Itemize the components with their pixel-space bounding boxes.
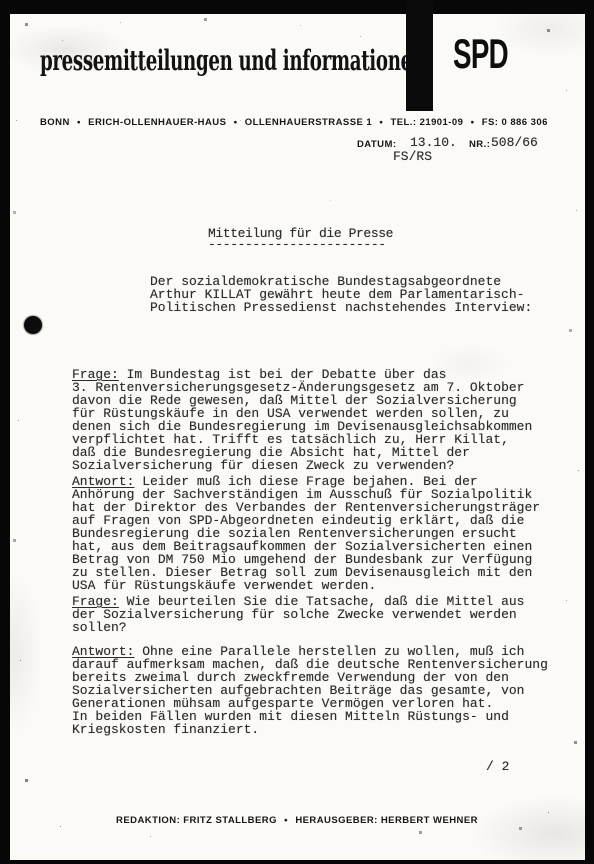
- hole-punch-mark: [24, 316, 42, 334]
- qa-paragraph: Antwort: Ohne eine Parallele herstellen …: [72, 645, 548, 736]
- masthead-title: pressemitteilungen und informationen: [40, 44, 425, 77]
- scan-noise: [0, 0, 1, 1]
- datum-label: DATUM:: [357, 139, 396, 150]
- qa-text: Im Bundestag ist bei der Debatte über da…: [72, 367, 532, 473]
- qa-text: Leider muß ich diese Frage bejahen. Bei …: [72, 474, 540, 593]
- address-line: BONN ● ERICH-OLLENHAUER-HAUS ● OLLENHAUE…: [40, 117, 548, 128]
- document-title-rule: ------------------------: [208, 238, 386, 251]
- footer-herausgeber: HERAUSGEBER: HERBERT WEHNER: [295, 815, 478, 826]
- qa-paragraph: Antwort: Leider muß ich diese Frage beja…: [72, 475, 540, 592]
- qa-text: Wie beurteilen Sie die Tatsache, daß die…: [72, 594, 524, 635]
- page-number: / 2: [486, 760, 509, 773]
- bullet-icon: ●: [77, 120, 81, 127]
- bullet-icon: ●: [379, 120, 383, 127]
- scanned-press-release: pressemitteilungen und informationen SPD…: [0, 0, 594, 864]
- bullet-icon: ●: [233, 120, 237, 127]
- spd-logo: SPD: [453, 33, 508, 75]
- bullet-icon: ●: [284, 818, 288, 825]
- qa-paragraph: Frage: Im Bundestag ist bei der Debatte …: [72, 368, 532, 472]
- spd-logo-bar: [406, 0, 433, 111]
- bullet-icon: ●: [470, 120, 474, 127]
- footer-line: REDAKTION: FRITZ STALLBERG ● HERAUSGEBER…: [0, 815, 594, 826]
- address-item-street: OLLENHAUERSTRASSE 1: [245, 117, 372, 128]
- address-item-fs: FS: 0 886 306: [482, 117, 548, 128]
- nr-label: NR.:: [469, 139, 490, 150]
- qa-text: Ohne eine Parallele herstellen zu wollen…: [72, 644, 548, 737]
- footer-redaktion: REDAKTION: FRITZ STALLBERG: [116, 815, 277, 826]
- datum-value: 13.10.: [410, 136, 457, 149]
- qa-paragraph: Frage: Wie beurteilen Sie die Tatsache, …: [72, 595, 524, 634]
- address-item-tel: TEL.: 21901-09: [391, 117, 464, 128]
- address-item-city: BONN: [40, 117, 70, 128]
- datum-note: FS/RS: [393, 150, 432, 163]
- address-item-house: ERICH-OLLENHAUER-HAUS: [88, 117, 226, 128]
- intro-paragraph: Der sozialdemokratische Bundestagsabgeor…: [150, 275, 532, 314]
- nr-value: 508/66: [491, 136, 538, 149]
